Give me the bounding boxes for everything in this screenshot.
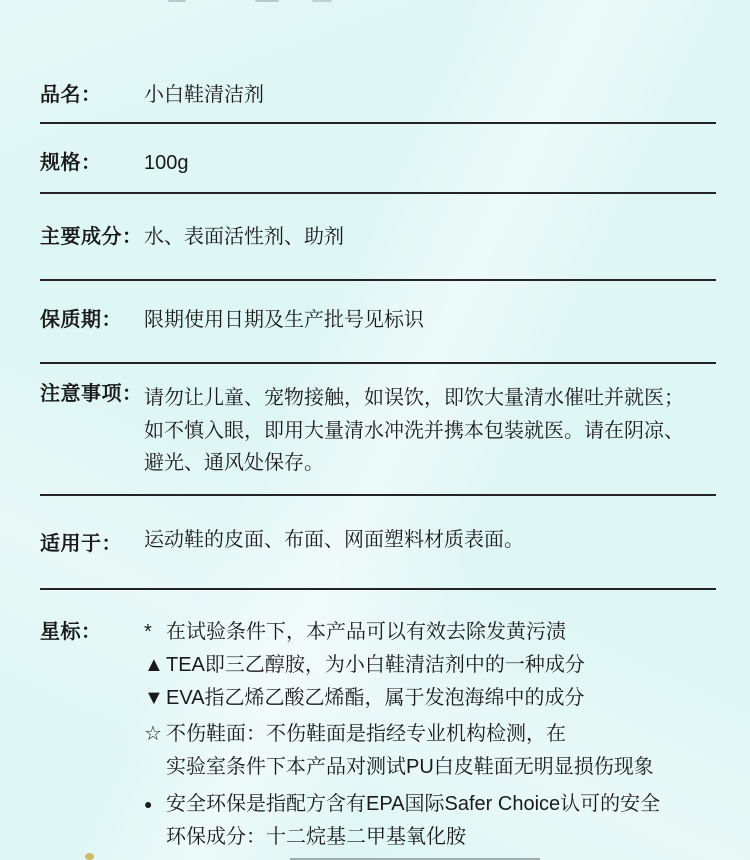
crop-artifact-dot xyxy=(85,853,94,860)
footnote-text: 环保成分：十二烷基二甲基氧化胺 xyxy=(166,821,660,854)
field-label: 规格： xyxy=(40,151,144,175)
field-label: 主要成分： xyxy=(40,225,144,249)
field-label: 星标： xyxy=(40,616,144,649)
field-label: 保质期： xyxy=(40,308,144,332)
precaution-line: 避光、通风处保存。 xyxy=(144,447,720,480)
product-info-sheet: 品名： 小白鞋清洁剂 规格： 100g 主要成分： 水、表面活性剂、助剂 保质期… xyxy=(0,0,750,860)
footnote-text: 在试验条件下，本产品可以有效去除发黄污渍 xyxy=(166,616,566,649)
crop-artifact-top xyxy=(312,0,332,2)
row-divider xyxy=(40,494,716,496)
row-footnotes: 星标： * 在试验条件下，本产品可以有效去除发黄污渍 ▲ TEA即三乙醇胺，为小… xyxy=(40,616,720,854)
row-precautions: 注意事项： 请勿让儿童、宠物接触，如误饮，即饮大量清水催吐并就医； 如不慎入眼，… xyxy=(40,382,720,480)
field-value: 限期使用日期及生产批号见标识 xyxy=(144,308,720,332)
dot-icon: ● xyxy=(144,788,166,821)
footnote-list: * 在试验条件下，本产品可以有效去除发黄污渍 ▲ TEA即三乙醇胺，为小白鞋清洁… xyxy=(144,616,720,854)
footnote-text: TEA即三乙醇胺，为小白鞋清洁剂中的一种成分 xyxy=(166,649,585,682)
field-value: 100g xyxy=(144,151,720,175)
footnote-text: 不伤鞋面：不伤鞋面是指经专业机构检测，在 xyxy=(166,718,654,751)
triangle-down-icon: ▼ xyxy=(144,682,166,715)
row-main-ingredients: 主要成分： 水、表面活性剂、助剂 xyxy=(40,225,720,249)
field-label: 适用于： xyxy=(40,528,144,561)
field-value: 水、表面活性剂、助剂 xyxy=(144,225,720,249)
footnote-text: 安全环保是指配方含有EPA国际Safer Choice认可的安全 xyxy=(166,788,660,821)
footnote-item: ▼ EVA指乙烯乙酸乙烯酯，属于发泡海绵中的成分 xyxy=(144,682,720,715)
row-divider xyxy=(40,279,716,281)
precaution-line: 如不慎入眼，即用大量清水冲洗并携本包装就医。请在阴凉、 xyxy=(144,415,720,448)
field-value: 请勿让儿童、宠物接触，如误饮，即饮大量清水催吐并就医； 如不慎入眼，即用大量清水… xyxy=(144,382,720,480)
row-shelf-life: 保质期： 限期使用日期及生产批号见标识 xyxy=(40,308,720,332)
row-applicable-to: 适用于： 运动鞋的皮面、布面、网面塑料材质表面。 xyxy=(40,528,720,561)
precaution-line: 请勿让儿童、宠物接触，如误饮，即饮大量清水催吐并就医； xyxy=(144,382,720,415)
footnote-item: ▲ TEA即三乙醇胺，为小白鞋清洁剂中的一种成分 xyxy=(144,649,720,682)
row-divider xyxy=(40,362,716,364)
star-outline-icon: ☆ xyxy=(144,718,166,751)
field-value: 小白鞋清洁剂 xyxy=(144,83,720,107)
row-divider xyxy=(40,588,716,590)
triangle-up-icon: ▲ xyxy=(144,649,166,682)
row-product-name: 品名： 小白鞋清洁剂 xyxy=(40,83,720,107)
field-label: 品名： xyxy=(40,83,144,107)
asterisk-icon: * xyxy=(144,616,166,649)
footnote-item: ● 安全环保是指配方含有EPA国际Safer Choice认可的安全 环保成分：… xyxy=(144,788,720,854)
footnote-text: EVA指乙烯乙酸乙烯酯，属于发泡海绵中的成分 xyxy=(166,682,585,715)
footnote-item: ☆ 不伤鞋面：不伤鞋面是指经专业机构检测，在 实验室条件下本产品对测试PU白皮鞋… xyxy=(144,718,720,784)
field-label: 注意事项： xyxy=(40,382,144,406)
row-specification: 规格： 100g xyxy=(40,151,720,175)
row-divider xyxy=(40,122,716,124)
footnote-item: * 在试验条件下，本产品可以有效去除发黄污渍 xyxy=(144,616,720,649)
crop-artifact-top xyxy=(168,0,186,2)
row-divider xyxy=(40,192,716,194)
crop-artifact-top xyxy=(255,0,279,2)
field-value: 运动鞋的皮面、布面、网面塑料材质表面。 xyxy=(144,528,720,552)
footnote-text: 实验室条件下本产品对测试PU白皮鞋面无明显损伤现象 xyxy=(166,751,654,784)
